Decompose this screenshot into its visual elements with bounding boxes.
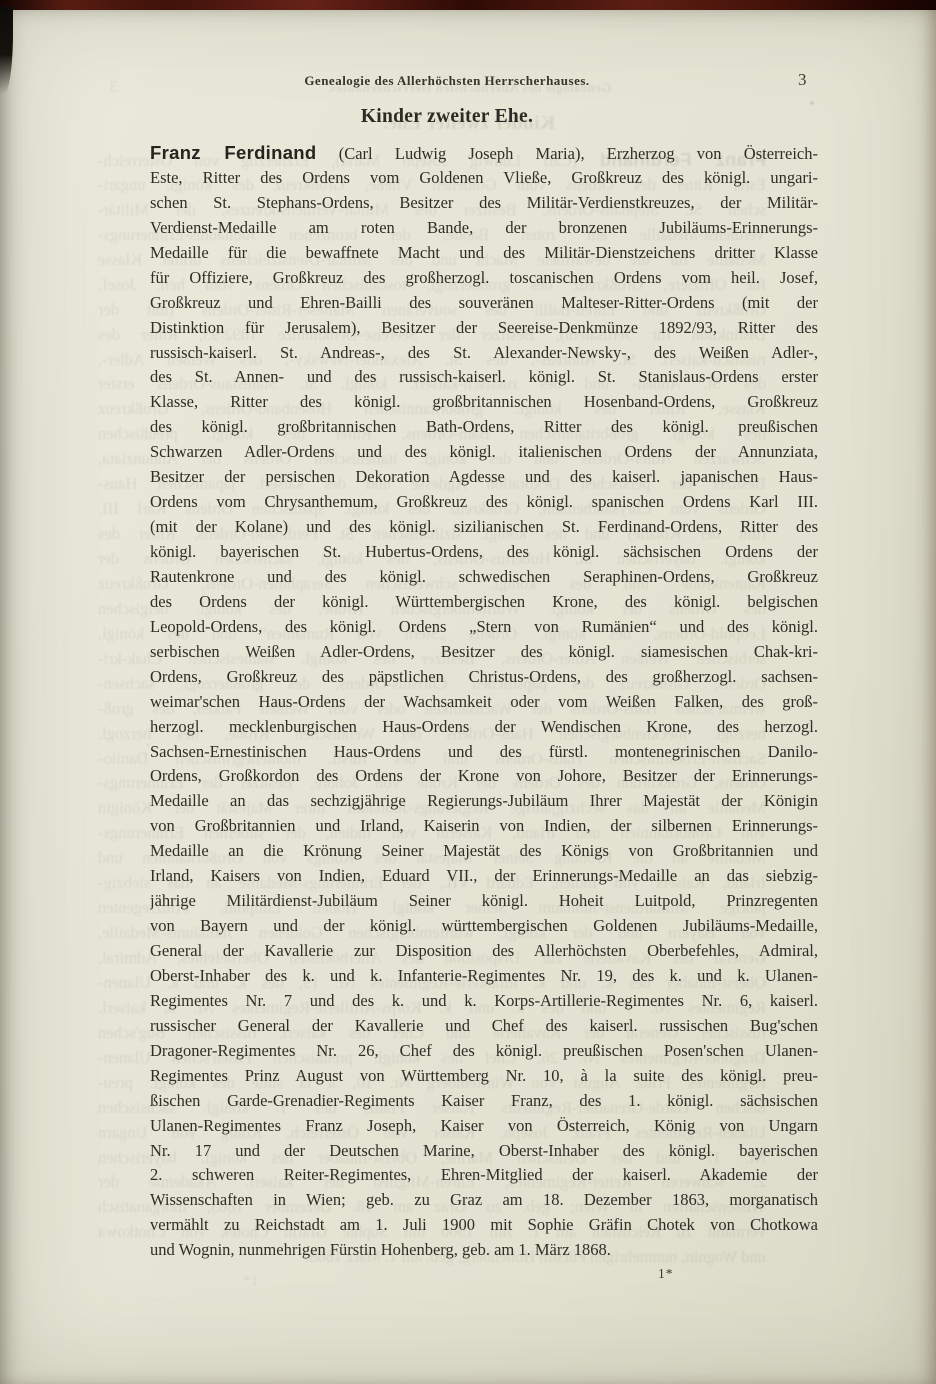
text-line: russisch-kaiserl. St. Andreas-, des St. …: [150, 341, 818, 366]
text-line: jährige Militärdienst-Jubiläum Seiner kö…: [150, 889, 818, 914]
text-line: von Bayern und der königl. württembergis…: [150, 914, 818, 939]
text-line: Schwarzen Adler-Ordens und des königl. i…: [150, 440, 818, 465]
text-line: schen St. Stephans-Ordens, Besitzer des …: [150, 191, 818, 216]
scanned-book-page: Genealogie des Allerhöchsten Herrscherha…: [0, 0, 936, 1384]
text-line: Ulanen-Regimentes Franz Joseph, Kaiser v…: [150, 1114, 818, 1139]
section-heading: Kinder zweiter Ehe.: [0, 106, 894, 128]
text-line: Ordens, Großkordon des Ordens der Krone …: [150, 764, 818, 789]
text-line: Irland, Kaisers von Indien, Eduard VII.,…: [150, 864, 818, 889]
signature-mark: 1*: [658, 1266, 674, 1282]
text-line: Verdienst-Medaille am roten Bande, der b…: [150, 216, 818, 241]
text-line: serbischen Weißen Adler-Ordens, Besitzer…: [150, 640, 818, 665]
text-line: Rautenkrone und des königl. schwedischen…: [150, 565, 818, 590]
text-line: weimar'schen Haus-Ordens der Wachsamkeit…: [150, 690, 818, 715]
text-line: des Ordens der königl. Württembergischen…: [150, 590, 818, 615]
text-line: Distinktion für Jerusalem), Besitzer der…: [150, 316, 818, 341]
text-line: für Offiziere, Großkreuz des großherzogl…: [150, 266, 818, 291]
text-line: vermählt zu Reichstadt am 1. Juli 1900 m…: [150, 1213, 818, 1238]
text-line: Klasse, Ritter des königl. großbritannis…: [150, 390, 818, 415]
text-line: Medaille für die bewaffnete Macht und de…: [150, 241, 818, 266]
text-line: russischer General der Kavallerie und Ch…: [150, 1014, 818, 1039]
text-line: Medaille an die Krönung Seiner Majestät …: [150, 839, 818, 864]
text-line: von Großbritannien und Irland, Kaiserin …: [150, 814, 818, 839]
entry-first-line: A.Franz Ferdinand (Carl Ludwig Joseph Ma…: [150, 141, 818, 166]
text-line: Oberst-Inhaber des k. und k. Infanterie-…: [150, 964, 818, 989]
running-header: Genealogie des Allerhöchsten Herrscherha…: [0, 73, 894, 89]
text-line: (mit der Kolane) und des königl. sizilia…: [150, 515, 818, 540]
text-line: Regimentes Prinz August von Württemberg …: [150, 1064, 818, 1089]
text-line: Nr. 17 und der Deutschen Marine, Oberst-…: [150, 1139, 818, 1164]
text-line: des königl. großbritannischen Bath-Orden…: [150, 415, 818, 440]
text-line: des St. Annen- und des russisch-kaiserl.…: [150, 365, 818, 390]
text-line: herzogl. mecklenburgischen Haus-Ordens d…: [150, 715, 818, 740]
text-line: Großkreuz und Ehren-Bailli des souveräne…: [150, 291, 818, 316]
text-line: Medaille an das sechzigjährige Regierung…: [150, 789, 818, 814]
text-line: Dragoner-Regimentes Nr. 26, Chef des kön…: [150, 1039, 818, 1064]
text-line: Wissenschaften in Wien; geb. zu Graz am …: [150, 1188, 818, 1213]
entry-body: A.Franz Ferdinand (Carl Ludwig Joseph Ma…: [150, 141, 818, 1263]
text-line: Este, Ritter des Ordens vom Goldenen Vli…: [150, 166, 818, 191]
text-line: ßischen Garde-Grenadier-Regiments Kaiser…: [150, 1089, 818, 1114]
text-line: Regimentes Nr. 7 und des k. und k. Korps…: [150, 989, 818, 1014]
text-line: Ordens vom Chrysanthemum, Großkreuz des …: [150, 490, 818, 515]
page-number: 3: [798, 70, 828, 90]
text-line: General der Kavallerie zur Disposition d…: [150, 939, 818, 964]
entry-name: Franz Ferdinand: [150, 142, 317, 163]
text-line: Sachsen-Ernestinischen Haus-Ordens und d…: [150, 740, 818, 765]
text-line: königl. bayerischen St. Hubertus-Ordens,…: [150, 540, 818, 565]
text-line: und Wognin, nunmehrigen Fürstin Hohenber…: [150, 1238, 818, 1263]
text-line: Besitzer der persischen Dekoration Agdes…: [150, 465, 818, 490]
text-line: 2. schweren Reiter-Regimentes, Ehren-Mit…: [150, 1163, 818, 1188]
text-line: Ordens, Großkreuz des päpstlichen Christ…: [150, 665, 818, 690]
entry-first-line-text: (Carl Ludwig Joseph Maria), Erzherzog vo…: [339, 144, 818, 163]
text-line: Leopold-Ordens, des königl. Ordens „Ster…: [150, 615, 818, 640]
